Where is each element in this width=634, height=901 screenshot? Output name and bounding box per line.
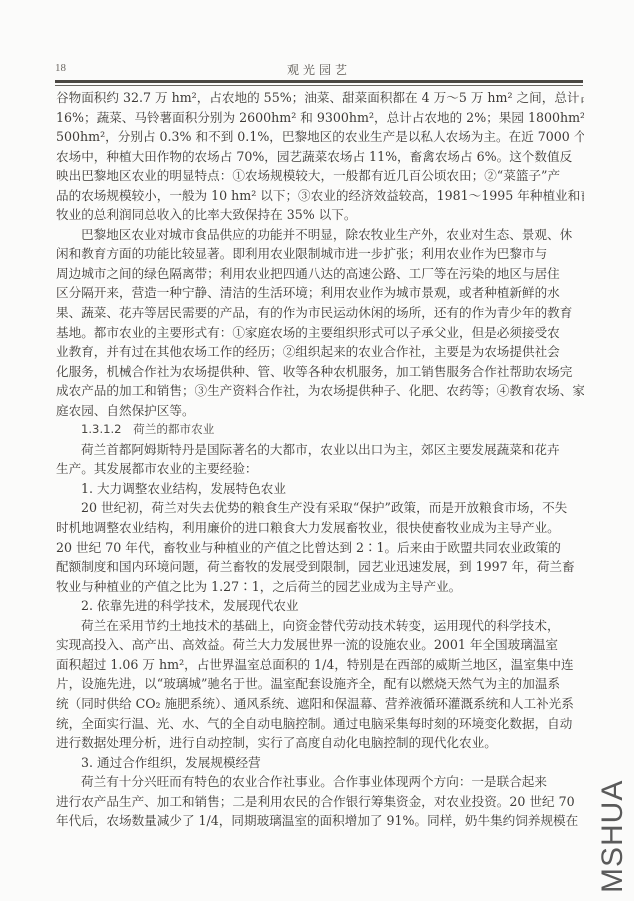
text-line: 庭农园、自然保护区等。 [56,401,584,421]
text-line: 500hm²，分别占 0.3% 和不到 0.1%，巴黎地区的农业生产是以私人农场… [56,127,584,147]
header-rule-thick [55,80,583,83]
running-head: 18 观光园艺 [55,62,583,80]
text-line: 荷兰有十分兴旺而有特色的农业合作社事业。合作事业体现两个方向：一是联合起来 [56,772,584,792]
text-line: 闲和教育方面的功能比较显著。即利用农业限制城市进一步扩张；利用农业作为巴黎市与 [56,244,584,264]
text-line: 化服务，机械合作社为农场提供种、管、收等各种农机服务，加工销售服务合作社帮助农场… [56,362,584,382]
text-line: 映出巴黎地区农业的明显特点：①农场规模较大，一般都有近几百公顷农田；②“菜篮子”… [56,166,584,186]
text-line: 16%；蔬菜、马铃薯面积分别为 2600hm² 和 9300hm²，总计占农地的… [56,108,584,128]
text-line: 年代后，农场数量减少了 1/4，同期玻璃温室的面积增加了 91%。同样，奶牛集约… [56,811,584,831]
header-rule-thin [55,85,583,86]
text-line: 荷兰在采用节约土地技术的基础上，向资金替代劳动技术转变，运用现代的科学技术， [56,616,584,636]
text-line: 牧业的总利润同总收入的比率大致保持在 35% 以下。 [56,205,584,225]
text-line: 20 世纪初，荷兰对失去优势的粮食生产没有采取“保护”政策，而是开放粮食市场，不… [56,498,584,518]
text-line: 成农产品的加工和销售；③生产资料合作社，为农场提供种子、化肥、农药等；④教育农场… [56,381,584,401]
text-line: 农场中，种植大田作物的农场占 70%，园艺蔬菜农场占 11%，畜禽农场占 6%。… [56,147,584,167]
document-page: 18 观光园艺 谷物面积约 32.7 万 hm²，占农地的 55%；油菜、甜菜面… [0,0,634,901]
text-line: 牧业与种植业的产值之比为 1.27∶1，之后荷兰的园艺业成为主导产业。 [56,577,584,597]
body-text: 谷物面积约 32.7 万 hm²，占农地的 55%；油菜、甜菜面积都在 4 万～… [56,88,584,831]
text-line: 进行数据处理分析，进行自动控制，实行了高度自动化电脑控制的现代化农业。 [56,733,584,753]
text-line: 统，全面实行温、光、水、气的全自动电脑控制。通过电脑采集每时刻的环境变化数据，自… [56,714,584,734]
text-line: 果、蔬菜、花卉等居民需要的产品，有的作为市民运动休闲的场所，还有的作为青少年的教… [56,303,584,323]
journal-title: 观光园艺 [55,61,583,78]
text-line: 谷物面积约 32.7 万 hm²，占农地的 55%；油菜、甜菜面积都在 4 万～… [56,88,584,108]
text-line: 面积超过 1.06 万 hm²，占世界温室总面积的 1/4，特别是在西部的威斯兰… [56,655,584,675]
text-line: 统（同时供给 CO₂ 施肥系统）、通风系统、遮阳和保温幕、营养液循环灌溉系统和人… [56,694,584,714]
text-line: 实现高投入、高产出、高效益。荷兰大力发展世界一流的设施农业。2001 年全国玻璃… [56,635,584,655]
text-line: 业教育，并有过在其他农场工作的经历；②组织起来的农业合作社，主要是为农场提供社会 [56,342,584,362]
text-line: 荷兰首都阿姆斯特丹是国际著名的大都市，农业以出口为主，郊区主要发展蔬菜和花卉 [56,440,584,460]
text-line: 周边城市之间的绿色隔离带；利用农业把四通八达的高速公路、工厂等在污染的地区与居住 [56,264,584,284]
text-line: 20 世纪 70 年代，畜牧业与种植业的产值之比曾达到 2∶1。后来由于欧盟共同… [56,538,584,558]
text-line: 2. 依靠先进的科学技术，发展现代农业 [56,596,584,616]
text-line: 3. 通过合作组织，发展规模经营 [56,753,584,773]
text-line: 1. 大力调整农业结构，发展特色农业 [56,479,584,499]
text-line: 生产。其发展都市农业的主要经验： [56,459,584,479]
text-line: 基地。都市农业的主要形式有：①家庭农场的主要组织形式可以子承父业，但是必须接受农 [56,323,584,343]
section-heading: 1.3.1.2 荷兰的都市农业 [56,420,584,440]
text-line: 片，设施先进，以“玻璃城”驰名于世。温室配套设施齐全，配有以燃烧天然气为主的加温… [56,674,584,694]
text-line: 配额制度和国内环境问题，荷兰畜牧的发展受到限制，园艺业迅速发展，到 1997 年… [56,557,584,577]
text-line: 时机地调整农业结构，利用廉价的进口粮食大力发展畜牧业，很快使畜牧业成为主导产业。 [56,518,584,538]
text-line: 进行农产品生产、加工和销售；二是利用农民的合作银行筹集资金，对农业投资。20 世… [56,792,584,812]
text-line: 区分隔开来，营造一种宁静、清洁的生活环境；利用农业作为城市景观，或者种植新鲜的水 [56,283,584,303]
text-line: 品的农场规模较小，一般为 10 hm² 以下；③农业的经济效益较高，1981～1… [56,186,584,206]
text-line: 巴黎地区农业对城市食品供应的功能并不明显，除农牧业生产外，农业对生态、景观、休 [56,225,584,245]
watermark: MSHUA [596,780,630,893]
